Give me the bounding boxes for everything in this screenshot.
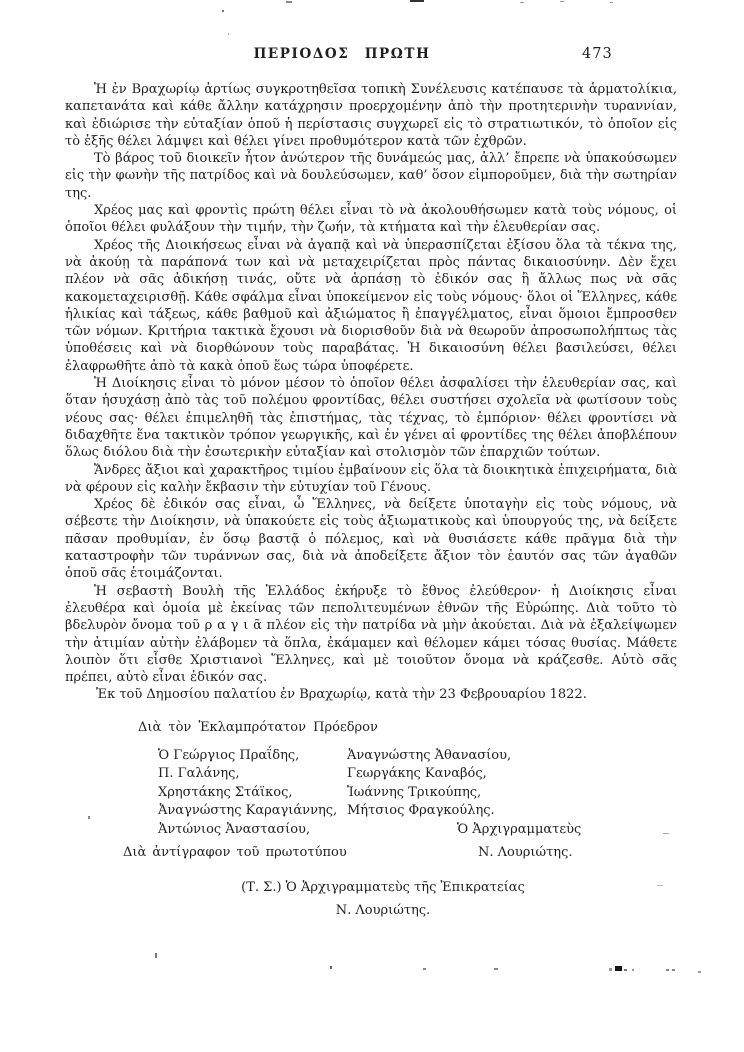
scan-speck [610,2,613,3]
body-paragraph: Ἡ Διοίκησις εἶναι τὸ μόνον μέσον τὸ ὁποῖ… [65,375,677,461]
signature-name: Ἰωάννης Τρικούπης, [347,784,481,801]
scan-speck [520,2,524,3]
scan-speck [615,966,622,971]
signature-name: Μήτσιος Φραγκούλης. [347,802,495,819]
signature-name: Χρηστάκης Στάϊκος, [158,784,292,801]
section-title: ΠΕΡΙΟΔΟΣ ΠΡΩΤΗ [65,46,619,63]
scan-speck [88,816,90,819]
signature-name: Γεωργάκης Καναβός, [347,765,487,782]
seal-attestation: (Τ. Σ.) Ὁ Ἀρχιγραμματεὺς τῆς Ἐπικρατείας… [65,876,677,922]
scan-speck [657,885,663,886]
signature-row: Διὰ ἀντίγραφον τοῦ πρωτοτύπου Ν. Λουριώτ… [65,844,677,862]
scan-speck [410,0,424,2]
secretary-title: Ὁ Ἀρχιγραμματεὺς [457,821,581,838]
signature-name: Ἀναγνώστης Ἀθανασίου, [347,747,511,764]
page-content: ΠΕΡΙΟΔΟΣ ΠΡΩΤΗ 473 Ἡ ἐν Βραχωρίῳ ἀρτίως … [65,46,677,922]
signature-row: Ὁ Γεώργιος Πραΐδης, Ἀναγνώστης Ἀθανασίου… [65,747,677,765]
scan-speck [222,10,224,12]
scan-speck [663,833,669,834]
dateline: Ἐκ τοῦ Δημοσίου παλατίου ἐν Βραχωρίῳ, κα… [65,686,677,703]
body-paragraph: Χρέος τῆς Διοικήσεως εἶναι νὰ ἀγαπᾷ καὶ … [65,237,677,375]
signature-block: Ὁ Γεώργιος Πραΐδης, Ἀναγνώστης Ἀθανασίου… [65,747,677,862]
signature-name: Ὁ Γεώργιος Πραΐδης, [158,747,299,764]
scan-speck [286,1,292,3]
copy-note: Διὰ ἀντίγραφον τοῦ πρωτοτύπου [123,844,347,861]
scan-speck [698,971,701,973]
scan-speck [228,33,229,35]
scan-speck [494,968,498,970]
signature-heading: Διὰ τὸν Ἐκλαμπρότατον Πρόεδρον [138,719,677,736]
scan-speck [672,969,675,971]
seal-signatory: Ν. Λουριώτης. [89,899,677,922]
scan-speck [560,1,564,2]
scanned-book-page: ΠΕΡΙΟΔΟΣ ΠΡΩΤΗ 473 Ἡ ἐν Βραχωρίῳ ἀρτίως … [0,0,744,1052]
body-paragraph: Χρέος μας καὶ φροντὶς πρώτη θέλει εἶναι … [65,202,677,237]
scan-speck [632,969,634,971]
signature-name: Π. Γαλάνης, [158,765,240,782]
page-number: 473 [582,46,613,63]
body-paragraph: Ἄνδρες ἄξιοι καὶ χαρακτῆρος τιμίου ἐμβαί… [65,462,677,497]
signature-row: Ἀναγνώστης Καραγιάννης, Μήτσιος Φραγκούλ… [65,802,677,820]
body-paragraph: Ἡ σεβαστὴ Βουλὴ τῆς Ἑλλάδος ἐκήρυξε τὸ ἔ… [65,583,677,687]
signature-name: Ἀντώνιος Ἀναστασίου, [158,821,310,838]
signature-name: Ἀναγνώστης Καραγιάννης, [158,802,337,819]
signature-row: Ἀντώνιος Ἀναστασίου, Ὁ Ἀρχιγραμματεὺς [65,821,677,839]
running-head: ΠΕΡΙΟΔΟΣ ΠΡΩΤΗ 473 [65,46,677,68]
seal-line: (Τ. Σ.) Ὁ Ἀρχιγραμματεὺς τῆς Ἐπικρατείας [89,876,677,899]
body-paragraph: Χρέος δὲ ἐδικόν σας εἶναι, ὦ Ἕλληνες, νὰ… [65,496,677,582]
scan-speck [624,969,627,971]
scan-speck [609,968,612,971]
scan-speck [423,968,426,970]
secretary-name: Ν. Λουριώτης. [478,844,573,861]
signature-row: Π. Γαλάνης, Γεωργάκης Καναβός, [65,765,677,783]
scan-speck [330,966,332,969]
signature-row: Χρηστάκης Στάϊκος, Ἰωάννης Τρικούπης, [65,784,677,802]
body-paragraph: Ἡ ἐν Βραχωρίῳ ἀρτίως συγκροτηθεῖσα τοπικ… [65,81,677,150]
body-paragraph: Τὸ βάρος τοῦ διοικεῖν ἦτον ἀνώτερον τῆς … [65,150,677,202]
scan-speck [155,953,157,958]
scan-speck [666,969,669,971]
